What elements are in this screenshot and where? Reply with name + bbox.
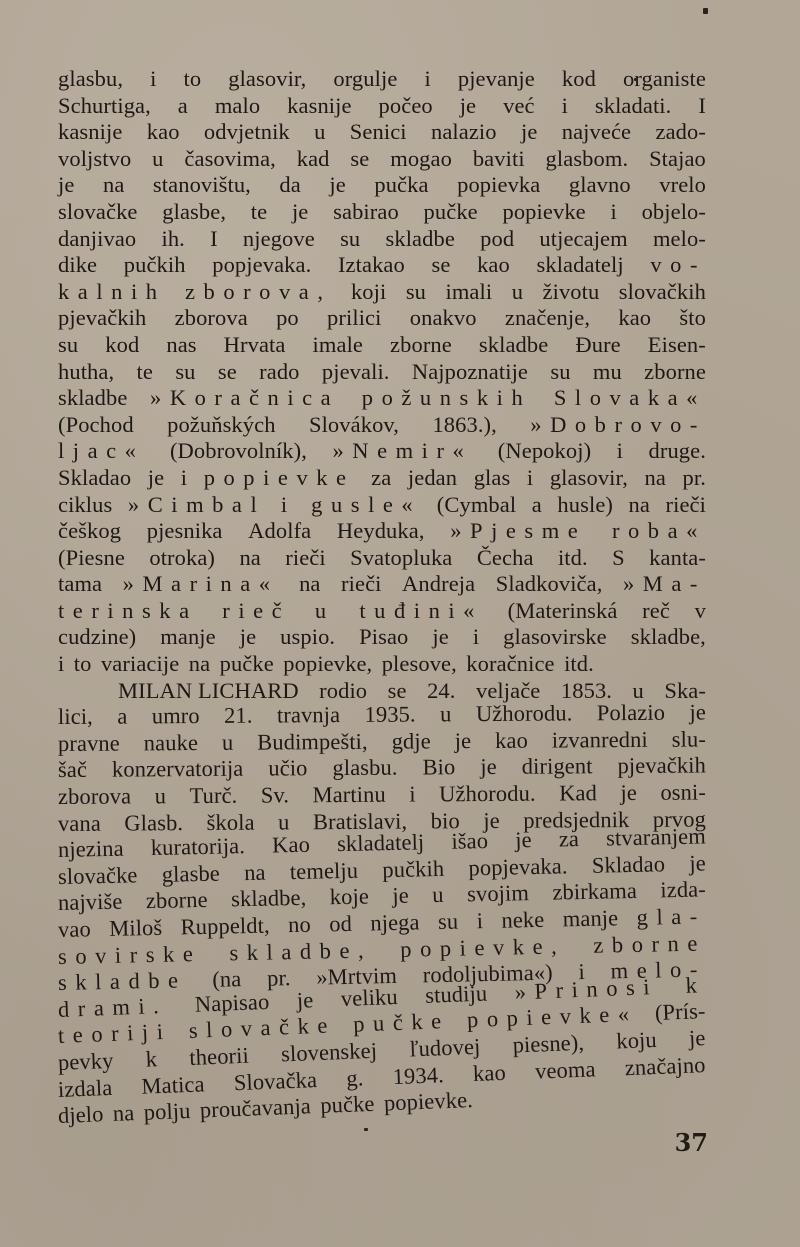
word: skladbe xyxy=(385,226,454,252)
word: kao xyxy=(618,305,651,331)
word: lici, xyxy=(58,704,93,730)
text-line-continuation: tama»Marina«nariečiAndrejaSladkoviča,»Ma… xyxy=(58,571,706,598)
text-line-continuation: danjivaoih.Injegovesuskladbepodutjecajem… xyxy=(58,226,706,253)
text-line-continuation: ljac«(Dobrovolník),»Nemir«(Nepokoj)idrug… xyxy=(58,438,706,465)
word: plesove, xyxy=(382,651,457,677)
word: rieči xyxy=(666,492,706,518)
ink-speck xyxy=(364,1128,368,1131)
word: Ruppeldt, xyxy=(180,913,270,941)
word: manje xyxy=(160,624,215,650)
word: kalnih xyxy=(58,279,166,305)
word: Heyduka, xyxy=(337,518,425,544)
word: glasbe, xyxy=(162,199,226,225)
word: proučavanja xyxy=(199,1093,311,1123)
word: pučka xyxy=(374,172,428,198)
word: u xyxy=(432,882,444,908)
word: njega xyxy=(370,909,420,936)
word: Slovákov, xyxy=(309,412,399,438)
word: stanovištu, xyxy=(153,172,251,198)
word: »Dobrovo- xyxy=(530,412,706,438)
word: u xyxy=(314,119,325,145)
text-line-continuation: hutha,tesuseradopjevali.Najpoznatijesumu… xyxy=(58,359,706,386)
text-line-continuation: dikepučkihpopjevaka.Iztakaosekaoskladate… xyxy=(58,252,706,279)
word: baviti xyxy=(473,146,525,172)
word: požuňských xyxy=(167,412,275,438)
word: kasnije xyxy=(287,93,351,119)
text-line-continuation: Schurtiga,amalokasnijepočeojevećiskladat… xyxy=(58,93,706,120)
word: i xyxy=(150,66,156,92)
word: skladbe, xyxy=(231,885,307,913)
word: Svatopluka xyxy=(350,545,452,571)
word: pjevačkih xyxy=(617,753,706,780)
word: orgulje xyxy=(333,66,397,92)
word: je xyxy=(460,93,476,119)
word: i xyxy=(617,438,623,464)
word: skladbe xyxy=(58,385,127,411)
text-line-lichard: zborovauTurč.Sv.MartinuiUžhorodu.Kadjeos… xyxy=(58,780,706,811)
word: koje xyxy=(329,884,369,911)
word: variacije xyxy=(101,651,179,677)
word: polju xyxy=(143,1098,191,1126)
word: pevky xyxy=(57,1048,113,1076)
word: »Koračnica xyxy=(150,385,339,411)
word: Glasb. xyxy=(124,810,183,836)
word: k xyxy=(685,972,706,999)
word: jedan xyxy=(408,465,457,491)
word: i xyxy=(473,624,479,650)
text-line-continuation: kalnihzborova,kojisuimaliuživotuslovački… xyxy=(58,279,706,306)
word: kao xyxy=(495,728,528,754)
word: je xyxy=(689,700,706,726)
word: a xyxy=(117,704,127,730)
word: i xyxy=(281,492,296,518)
word: najveće xyxy=(562,119,631,145)
word: gdje xyxy=(392,728,431,754)
word: zbirkama xyxy=(552,878,637,906)
word: koju xyxy=(616,1027,657,1055)
word: vana xyxy=(58,810,101,836)
word: i xyxy=(409,782,416,808)
word: je xyxy=(521,119,537,145)
word: k xyxy=(145,1046,157,1072)
word: zborne xyxy=(644,359,706,385)
word: vrelo xyxy=(659,172,706,198)
word: u xyxy=(152,146,163,172)
word: Eisen- xyxy=(648,332,706,358)
word: značajno xyxy=(624,1052,706,1081)
word: slu- xyxy=(672,726,706,752)
word: je xyxy=(292,199,308,225)
word: djelo xyxy=(57,1101,103,1129)
text-line-continuation: Skladaojeipopievkezajedanglasiglasovir,n… xyxy=(58,465,706,492)
word: je xyxy=(689,850,706,876)
word: tama xyxy=(58,571,102,597)
word: glasbe xyxy=(162,860,221,887)
word: pučkih xyxy=(124,252,186,278)
word: Miloš xyxy=(109,915,163,942)
word: S xyxy=(612,545,625,571)
word: I xyxy=(698,93,706,119)
word: stvaranjem xyxy=(606,824,706,852)
word: i xyxy=(562,93,568,119)
word: onakvo xyxy=(410,305,477,331)
page-number: 37 xyxy=(675,1128,708,1157)
word: pjevačkih xyxy=(58,305,146,331)
word: Najpoznatije xyxy=(412,359,528,385)
word: pučke xyxy=(424,199,478,225)
word: koji xyxy=(351,279,386,305)
word: itd. xyxy=(564,651,594,677)
word: je xyxy=(296,987,313,1014)
word: drami. xyxy=(57,993,167,1023)
word: glavno xyxy=(569,172,631,198)
word: izvanredni xyxy=(552,727,648,754)
word: husle) xyxy=(557,492,613,518)
word: nauke xyxy=(144,730,198,756)
word: 1935. xyxy=(364,702,415,728)
text-line-continuation: slovačkeglasbe,tejesabiraopučkepopievkei… xyxy=(58,199,706,226)
word: theorii xyxy=(189,1043,249,1071)
word: zborova xyxy=(58,784,131,811)
word: osni- xyxy=(660,780,706,806)
word: g. xyxy=(346,1065,364,1092)
word: pravne xyxy=(58,730,120,756)
word: glasovir, xyxy=(228,66,306,92)
word: škola xyxy=(207,809,255,835)
word: počeo xyxy=(379,93,433,119)
word: Adolfa xyxy=(248,518,311,544)
word: dike xyxy=(58,252,97,278)
word: Hrvata xyxy=(224,332,286,358)
word: uspio. xyxy=(280,624,335,650)
word: danjivao xyxy=(58,226,136,252)
word: je xyxy=(515,827,532,853)
word: te xyxy=(251,199,267,225)
word: 1934. xyxy=(392,1062,444,1090)
word: je xyxy=(432,624,448,650)
word: na xyxy=(244,859,266,885)
word: popievke, xyxy=(400,933,566,962)
word: voljstvo xyxy=(58,146,131,172)
word: i xyxy=(58,651,64,677)
word: koračnice xyxy=(466,651,554,677)
word: ljac« xyxy=(58,438,144,464)
word: Đure xyxy=(575,332,620,358)
word: vo- xyxy=(650,252,706,278)
word: pučke xyxy=(220,651,274,677)
word: kanta- xyxy=(649,545,706,571)
word: češkog xyxy=(58,518,121,544)
word: i xyxy=(527,465,533,491)
word: v xyxy=(695,598,706,624)
word: Užhorodu. xyxy=(439,781,536,808)
word: pjesnika xyxy=(147,518,223,544)
word: išao xyxy=(451,828,488,855)
word: prilici xyxy=(327,305,381,331)
book-page-text: glasbu,itoglasovir,orguljeipjevanjekodor… xyxy=(58,66,706,1130)
word: glasbom. xyxy=(546,146,629,172)
word: pučke xyxy=(353,1008,450,1038)
text-line-continuation: češkogpjesnikaAdolfaHeyduka,»Pjesmeroba« xyxy=(58,518,706,545)
word: zborne xyxy=(390,332,452,358)
word: zborne xyxy=(146,887,208,914)
word: glasbu. xyxy=(332,755,397,781)
word: skladbe, xyxy=(229,937,372,966)
word: kao xyxy=(473,1059,507,1086)
word: (Nepokoj) xyxy=(498,438,591,464)
word: Sv. xyxy=(261,782,289,808)
word: kad xyxy=(297,146,330,172)
word: gusle« xyxy=(311,492,421,518)
word: su xyxy=(438,909,459,935)
word: u xyxy=(512,279,523,305)
text-line-continuation: kasnijekaoodvjetnikuSenicinalaziojenajve… xyxy=(58,119,706,146)
word: Bio xyxy=(422,755,455,781)
word: popievke, xyxy=(283,651,372,677)
word: je xyxy=(329,172,345,198)
word: i xyxy=(476,908,483,934)
word: u xyxy=(440,702,452,728)
word: izdala xyxy=(57,1074,112,1102)
word: što xyxy=(679,305,706,331)
word: »Nemir« xyxy=(332,438,472,464)
word: (na xyxy=(212,966,242,993)
word: temelju xyxy=(290,858,359,885)
word: Pisao xyxy=(359,624,408,650)
word: njegove xyxy=(243,226,315,252)
word: za xyxy=(559,826,580,852)
word: ih. xyxy=(161,226,184,252)
word: zborova xyxy=(175,305,248,331)
word: kao xyxy=(477,252,510,278)
word: sabirao xyxy=(333,199,399,225)
word: u xyxy=(315,598,335,624)
word: pod xyxy=(480,226,514,252)
word: tuđini« xyxy=(359,598,483,624)
word: 21. xyxy=(224,703,253,729)
word: glasovir, xyxy=(550,465,628,491)
word: druge. xyxy=(649,438,706,464)
word: Kao xyxy=(272,832,310,859)
word: reč xyxy=(642,598,670,624)
word: glas xyxy=(474,465,511,491)
word: se xyxy=(388,678,407,704)
word: je xyxy=(58,172,74,198)
word: već xyxy=(503,93,535,119)
word: slovačkih xyxy=(619,279,706,305)
word: kasnije xyxy=(58,119,122,145)
word: skladbe xyxy=(479,332,548,358)
word: časovima, xyxy=(184,146,276,172)
word: imali xyxy=(445,279,492,305)
word: u xyxy=(155,783,167,809)
word: nalazio xyxy=(431,119,497,145)
word: to xyxy=(184,66,202,92)
word: no xyxy=(288,912,311,938)
word: su xyxy=(550,359,570,385)
text-line-continuation: itovariacijenapučkepopievke,plesove,kora… xyxy=(58,651,706,678)
word: Slovaka« xyxy=(554,385,706,411)
word: cudzine) xyxy=(58,624,136,650)
word: na xyxy=(299,571,320,597)
text-line-continuation: cudzine)manjejeuspio.Pisaojeiglasovirske… xyxy=(58,624,706,651)
word: dirigent xyxy=(522,754,593,780)
word: melo- xyxy=(653,226,706,252)
word: malo xyxy=(215,93,260,119)
word: od xyxy=(329,911,352,937)
word: slovenskej xyxy=(281,1038,378,1068)
word: je xyxy=(689,1025,706,1052)
word: izda- xyxy=(660,877,706,904)
word: popievke xyxy=(502,199,585,225)
word: zado- xyxy=(655,119,705,145)
word: je xyxy=(480,754,497,780)
word: umro xyxy=(152,703,200,729)
word: na xyxy=(239,545,260,571)
word: Iztakao xyxy=(338,252,405,278)
text-line-continuation: sukodnasHrvataimalezborneskladbeĐureEise… xyxy=(58,332,706,359)
word: veoma xyxy=(535,1056,596,1084)
word: glasovirske xyxy=(503,624,607,650)
word: roba« xyxy=(612,518,706,544)
word: na xyxy=(103,172,124,198)
word: zborne xyxy=(593,930,706,958)
word: u xyxy=(222,730,234,756)
word: veliku xyxy=(340,984,398,1012)
word: utjecajem xyxy=(539,226,627,252)
word: odvjetnik xyxy=(204,119,290,145)
text-line-continuation: jenastanovištu,dajepučkapopievkaglavnovr… xyxy=(58,172,706,199)
word: gla- xyxy=(636,903,706,930)
text-line-continuation: skladbe»KoračnicapožunskihSlovaka« xyxy=(58,385,706,412)
word: kod xyxy=(562,66,596,92)
word: skladati. xyxy=(595,93,672,119)
word: a xyxy=(178,93,188,119)
word: neke xyxy=(501,907,544,934)
text-line-continuation: (PochodpožuňskýchSlovákov,1863.),»Dobrov… xyxy=(58,412,706,439)
word: pučkih xyxy=(382,856,444,883)
word: objelo- xyxy=(642,199,706,225)
word: njezina xyxy=(58,836,124,863)
word: otroka) xyxy=(149,545,215,571)
word: pjevanje xyxy=(458,66,535,92)
word: terinska xyxy=(58,598,198,624)
word: ciklus xyxy=(58,492,112,518)
word: značenje, xyxy=(505,305,590,331)
word: na xyxy=(645,465,666,491)
word: pr. xyxy=(683,465,706,491)
word: rieči xyxy=(341,571,381,597)
word: mu xyxy=(593,359,622,385)
word: se xyxy=(218,359,237,385)
word: imale xyxy=(313,332,363,358)
word: Stajao xyxy=(649,146,706,172)
word: učio xyxy=(268,756,307,782)
text-line-continuation: glasbu,itoglasovir,orguljeipjevanjekodor… xyxy=(58,66,706,93)
word: (Materinská xyxy=(508,598,618,624)
word: rodio xyxy=(319,678,367,704)
word: skladatelj xyxy=(337,830,425,858)
word: i xyxy=(181,465,187,491)
word: »Pjesme xyxy=(450,518,586,544)
word: šač xyxy=(58,757,87,783)
word: popievke. xyxy=(383,1087,473,1116)
word: 1863.), xyxy=(432,412,496,438)
word: popievka xyxy=(457,172,540,198)
word: rado xyxy=(259,359,299,385)
word: manje xyxy=(562,905,618,932)
word: »Marina« xyxy=(123,571,279,597)
word: hutha, xyxy=(58,359,114,385)
word: kod xyxy=(105,332,139,358)
word: Skladao xyxy=(58,465,131,491)
word: MILAN LICHARD xyxy=(118,678,299,704)
word: »Ma- xyxy=(623,571,706,597)
word: na xyxy=(112,1100,134,1127)
word: I xyxy=(210,226,218,252)
ink-speck xyxy=(703,8,708,14)
ink-speck xyxy=(634,78,638,81)
word: Kad xyxy=(559,780,597,806)
word: za xyxy=(371,465,391,491)
word: (Piesne xyxy=(58,545,125,571)
word: Sladkoviča, xyxy=(496,571,603,597)
word: Budimpešti, xyxy=(257,729,368,756)
word: rieči xyxy=(285,545,325,571)
word: konzervatorija xyxy=(112,756,244,783)
word: svojim xyxy=(467,881,529,908)
word: mogao xyxy=(390,146,452,172)
word: Martinu xyxy=(312,782,385,809)
word: vao xyxy=(58,916,91,943)
word: su xyxy=(58,332,78,358)
word: Užhorodu. xyxy=(476,701,573,728)
word: i xyxy=(424,66,430,92)
word: te xyxy=(137,359,153,385)
word: Čecha xyxy=(477,545,534,571)
word: (Dobrovolník), xyxy=(170,438,307,464)
word: Skladao xyxy=(592,851,666,879)
word: Andreja xyxy=(402,571,475,597)
word: teoriji xyxy=(57,1019,172,1049)
word: travnja xyxy=(277,702,340,728)
word: glasbu, xyxy=(58,66,123,92)
word: studiju xyxy=(425,980,488,1008)
word: su xyxy=(340,226,360,252)
word: rieč xyxy=(222,598,290,624)
word: (Prís- xyxy=(654,999,706,1027)
word: Slovačka xyxy=(233,1067,317,1096)
word: 24. xyxy=(427,678,455,704)
word: popievke xyxy=(204,465,355,491)
text-line-continuation: (Piesneotroka)nariečiSvatoplukaČechaitd.… xyxy=(58,545,706,572)
word: po xyxy=(276,305,299,331)
word: slovačke xyxy=(58,199,138,225)
word: kao xyxy=(147,119,180,145)
word: Polazio xyxy=(597,700,665,726)
word: nas xyxy=(166,332,196,358)
word: požunskih xyxy=(362,385,531,411)
word: (Pochod xyxy=(58,412,134,438)
word: se xyxy=(431,252,450,278)
word: popjevaka. xyxy=(212,252,311,278)
word: piesne), xyxy=(512,1030,584,1059)
word: je xyxy=(148,465,164,491)
word: je xyxy=(240,624,256,650)
word: je xyxy=(455,728,472,754)
word: a xyxy=(532,492,542,518)
text-line-continuation: voljstvoučasovima,kadsemogaobavitiglasbo… xyxy=(58,146,706,173)
